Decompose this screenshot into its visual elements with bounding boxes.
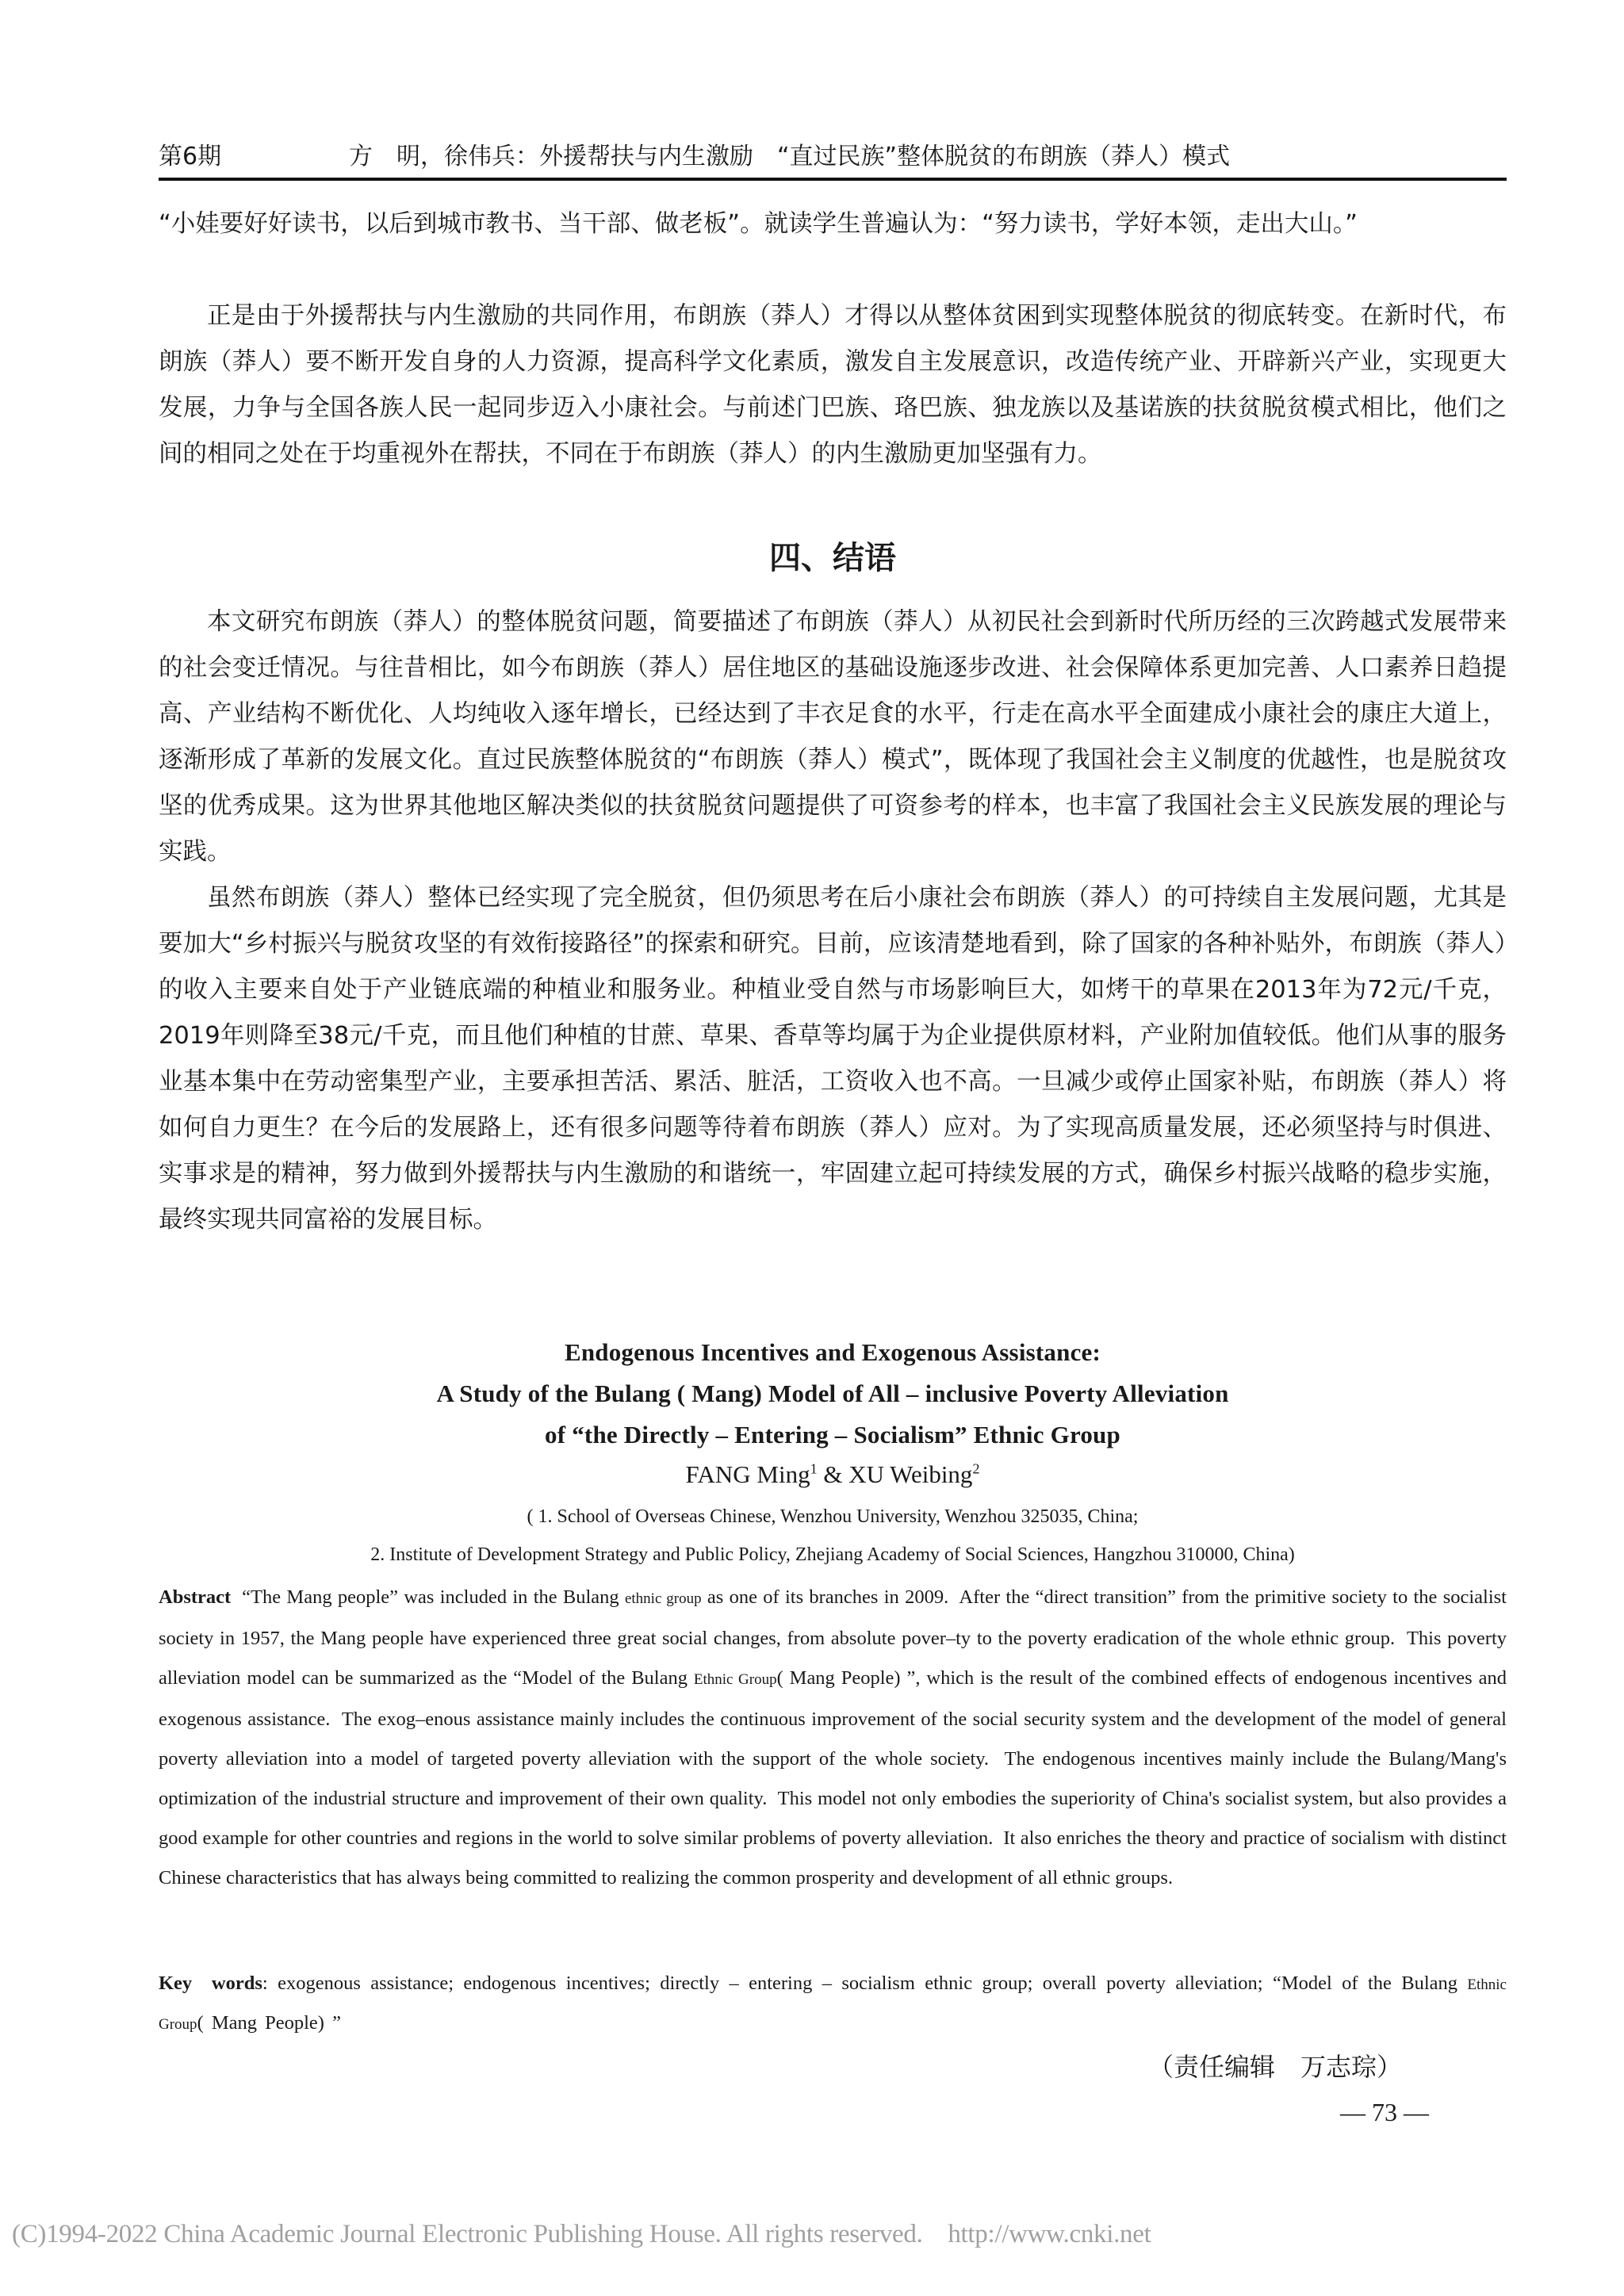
conclusion-paragraph-2: 虽然布朗族（莽人）整体已经实现了完全脱贫，但仍须思考在后小康社会布朗族（莽人）的…: [159, 875, 1507, 1243]
abstract-small-text-2: Ethnic Group: [694, 1671, 777, 1688]
running-head: 第6期 方 明，徐伟兵：外援帮扶与内生激励 “直过民族”整体脱贫的布朗族（莽人）…: [159, 136, 1507, 176]
conclusion-paragraph-1: 本文研究布朗族（莽人）的整体脱贫问题，简要描述了布朗族（莽人）从初民社会到新时代…: [159, 599, 1507, 875]
body-paragraph: 正是由于外援帮扶与内生激励的共同作用，布朗族（莽人）才得以从整体贫困到实现整体脱…: [159, 293, 1507, 477]
author-1-affil-mark: 1: [810, 1461, 818, 1477]
author-1: FANG Ming: [686, 1460, 810, 1488]
section-heading: 四、结语: [159, 533, 1507, 578]
affiliation-2: 2. Institute of Development Strategy and…: [159, 1544, 1507, 1566]
author-2-affil-mark: 2: [972, 1461, 979, 1477]
english-title-line-3: of “the Directly – Entering – Socialism”…: [159, 1421, 1507, 1449]
journal-page: 第6期 方 明，徐伟兵：外援帮扶与内生激励 “直过民族”整体脱贫的布朗族（莽人）…: [0, 0, 1624, 2296]
carryover-paragraph-block: “小娃要好好读书，以后到城市教书、当干部、做老板”。就读学生普遍认为：“努力读书…: [159, 201, 1507, 247]
keywords-text-2: ( Mang People) ”: [197, 2012, 341, 2034]
english-title-line-1: Endogenous Incentives and Exogenous Assi…: [159, 1338, 1507, 1367]
issue-number: 第6期: [159, 136, 221, 171]
english-abstract: Abstract“The Mang people” was included i…: [159, 1578, 1507, 1898]
carryover-paragraph: “小娃要好好读书，以后到城市教书、当干部、做老板”。就读学生普遍认为：“努力读书…: [159, 201, 1507, 247]
english-keywords: Key words: exogenous assistance; endogen…: [159, 1965, 1507, 2044]
abstract-text-1: “The Mang people” was included in the Bu…: [242, 1586, 625, 1608]
page-number: — 73 —: [1340, 2098, 1429, 2127]
copyright-watermark: (C)1994-2022 China Academic Journal Elec…: [12, 2220, 1151, 2249]
conclusion-block: 本文研究布朗族（莽人）的整体脱贫问题，简要描述了布朗族（莽人）从初民社会到新时代…: [159, 599, 1507, 1243]
abstract-text-3: ( Mang People) ”, which is the result of…: [159, 1667, 1511, 1888]
keywords-text-1: : exogenous assistance; endogenous incen…: [262, 1973, 1467, 1994]
affiliation-1: ( 1. School of Overseas Chinese, Wenzhou…: [159, 1506, 1507, 1528]
paragraph-block-1: 正是由于外援帮扶与内生激励的共同作用，布朗族（莽人）才得以从整体贫困到实现整体脱…: [159, 293, 1507, 477]
header-rule: [159, 178, 1507, 181]
abstract-label: Abstract: [159, 1586, 231, 1608]
english-authors: FANG Ming1 & XU Weibing2: [159, 1460, 1507, 1489]
keywords-label: Key words: [159, 1973, 262, 1994]
author-2: XU Weibing: [848, 1460, 972, 1488]
running-title: 方 明，徐伟兵：外援帮扶与内生激励 “直过民族”整体脱贫的布朗族（莽人）模式: [349, 136, 1230, 171]
english-title-line-2: A Study of the Bulang ( Mang) Model of A…: [159, 1380, 1507, 1408]
author-joiner: &: [818, 1460, 849, 1488]
abstract-small-text-1: ethnic group: [625, 1590, 702, 1607]
responsible-editor: （责任编辑 万志琮）: [1148, 2047, 1402, 2084]
